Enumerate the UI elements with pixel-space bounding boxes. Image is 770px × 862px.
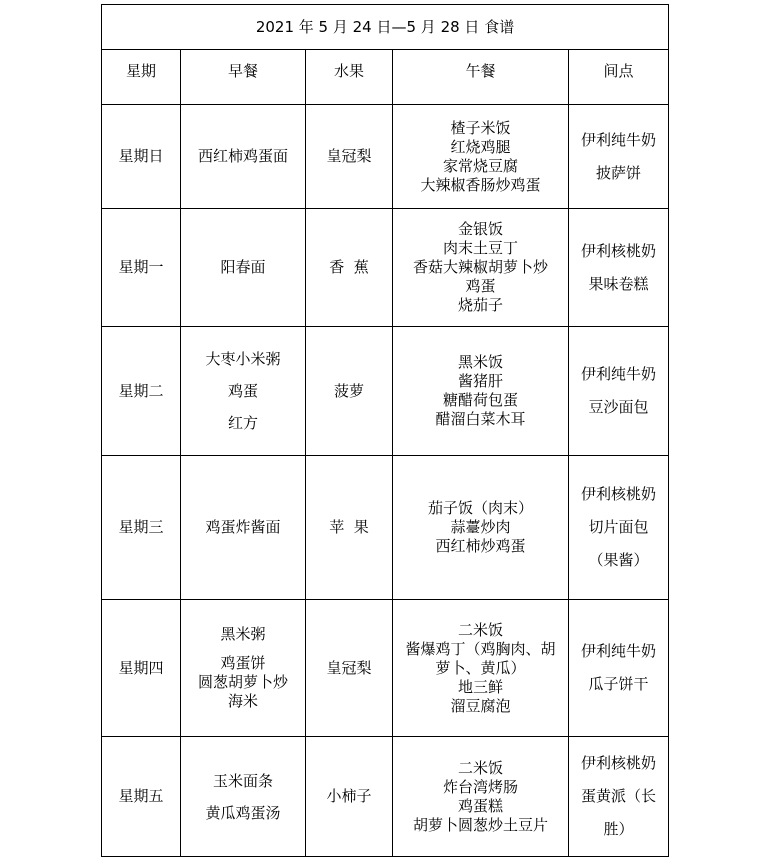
breakfast-item: 玉米面条	[181, 765, 305, 797]
lunch-item: 醋溜白菜木耳	[393, 410, 568, 429]
lunch-item: 糖醋荷包蛋	[393, 391, 568, 410]
snack-item: 伊利核桃奶	[569, 747, 668, 780]
day-cell: 星期五	[102, 737, 181, 857]
breakfast-item: 鸡蛋	[181, 375, 305, 407]
breakfast-item: 黄瓜鸡蛋汤	[181, 797, 305, 829]
day-cell: 星期一	[102, 209, 181, 327]
day-cell: 星期四	[102, 600, 181, 737]
lunch-item: 楂子米饭	[393, 119, 568, 138]
breakfast-item: 阳春面	[181, 258, 305, 277]
lunch-item: 炸台湾烤肠	[393, 778, 568, 797]
snack-item: 切片面包	[569, 511, 668, 544]
breakfast-item: 鸡蛋炸酱面	[181, 518, 305, 537]
snack-item: 蛋黄派（长	[569, 780, 668, 813]
snack-item: 瓜子饼干	[569, 668, 668, 701]
header-row: 星期 早餐 水果 午餐 间点	[102, 50, 669, 105]
table-row: 星期四 黑米粥 鸡蛋饼 圆葱胡萝卜炒 海米 皇冠梨 二米饭 酱爆鸡丁（鸡胸肉、胡…	[102, 600, 669, 737]
table-row: 星期二 大枣小米粥 鸡蛋 红方 菠萝 黑米饭 酱猪肝 糖醋荷包蛋 醋溜白菜木耳 …	[102, 327, 669, 456]
breakfast-cell: 鸡蛋炸酱面	[181, 456, 306, 600]
fruit-cell: 皇冠梨	[306, 105, 393, 209]
header-snack: 间点	[569, 50, 669, 105]
breakfast-cell: 西红柿鸡蛋面	[181, 105, 306, 209]
lunch-cell: 二米饭 炸台湾烤肠 鸡蛋糕 胡萝卜圆葱炒土豆片	[393, 737, 569, 857]
fruit-cell: 皇冠梨	[306, 600, 393, 737]
table-row: 星期日 西红柿鸡蛋面 皇冠梨 楂子米饭 红烧鸡腿 家常烧豆腐 大辣椒香肠炒鸡蛋 …	[102, 105, 669, 209]
lunch-cell: 二米饭 酱爆鸡丁（鸡胸肉、胡 萝卜、黄瓜） 地三鲜 溜豆腐泡	[393, 600, 569, 737]
snack-cell: 伊利纯牛奶 披萨饼	[569, 105, 669, 209]
day-cell: 星期日	[102, 105, 181, 209]
snack-item: 胜）	[569, 813, 668, 846]
snack-item: 果味卷糕	[569, 268, 668, 301]
menu-title: 2021 年 5 月 24 日—5 月 28 日 食谱	[102, 5, 669, 50]
lunch-item: 酱猪肝	[393, 372, 568, 391]
lunch-item: 二米饭	[393, 759, 568, 778]
lunch-item: 鸡蛋	[393, 277, 568, 296]
table-row: 星期一 阳春面 香 蕉 金银饭 肉末土豆丁 香菇大辣椒胡萝卜炒 鸡蛋 烧茄子 伊…	[102, 209, 669, 327]
fruit-cell: 菠萝	[306, 327, 393, 456]
snack-cell: 伊利纯牛奶 瓜子饼干	[569, 600, 669, 737]
lunch-item: 家常烧豆腐	[393, 157, 568, 176]
lunch-item: 香菇大辣椒胡萝卜炒	[393, 258, 568, 277]
lunch-item: 鸡蛋糕	[393, 797, 568, 816]
snack-item: 伊利核桃奶	[569, 478, 668, 511]
lunch-item: 肉末土豆丁	[393, 239, 568, 258]
snack-item: 伊利纯牛奶	[569, 635, 668, 668]
fruit-cell: 香 蕉	[306, 209, 393, 327]
breakfast-item: 圆葱胡萝卜炒	[181, 673, 305, 692]
snack-cell: 伊利核桃奶 蛋黄派（长 胜）	[569, 737, 669, 857]
snack-item: （果酱）	[569, 544, 668, 577]
lunch-item: 酱爆鸡丁（鸡胸肉、胡	[393, 640, 568, 659]
lunch-cell: 金银饭 肉末土豆丁 香菇大辣椒胡萝卜炒 鸡蛋 烧茄子	[393, 209, 569, 327]
lunch-item: 茄子饭（肉末）	[393, 499, 568, 518]
day-cell: 星期三	[102, 456, 181, 600]
lunch-item: 溜豆腐泡	[393, 697, 568, 716]
lunch-cell: 茄子饭（肉末） 蒜薹炒肉 西红柿炒鸡蛋	[393, 456, 569, 600]
breakfast-cell: 阳春面	[181, 209, 306, 327]
lunch-cell: 黑米饭 酱猪肝 糖醋荷包蛋 醋溜白菜木耳	[393, 327, 569, 456]
snack-item: 披萨饼	[569, 157, 668, 190]
breakfast-item: 大枣小米粥	[181, 343, 305, 375]
lunch-item: 大辣椒香肠炒鸡蛋	[393, 176, 568, 195]
snack-cell: 伊利核桃奶 果味卷糕	[569, 209, 669, 327]
lunch-item: 西红柿炒鸡蛋	[393, 537, 568, 556]
lunch-item: 黑米饭	[393, 353, 568, 372]
lunch-item: 二米饭	[393, 621, 568, 640]
snack-item: 伊利纯牛奶	[569, 358, 668, 391]
header-lunch: 午餐	[393, 50, 569, 105]
lunch-item: 蒜薹炒肉	[393, 518, 568, 537]
fruit-cell: 小柿子	[306, 737, 393, 857]
table-row: 星期三 鸡蛋炸酱面 苹 果 茄子饭（肉末） 蒜薹炒肉 西红柿炒鸡蛋 伊利核桃奶 …	[102, 456, 669, 600]
weekly-menu-table: 2021 年 5 月 24 日—5 月 28 日 食谱 星期 早餐 水果 午餐 …	[101, 4, 669, 857]
snack-item: 伊利纯牛奶	[569, 124, 668, 157]
snack-cell: 伊利核桃奶 切片面包 （果酱）	[569, 456, 669, 600]
lunch-item: 地三鲜	[393, 678, 568, 697]
header-day: 星期	[102, 50, 181, 105]
breakfast-cell: 黑米粥 鸡蛋饼 圆葱胡萝卜炒 海米	[181, 600, 306, 737]
lunch-item: 胡萝卜圆葱炒土豆片	[393, 816, 568, 835]
snack-item: 豆沙面包	[569, 391, 668, 424]
fruit-cell: 苹 果	[306, 456, 393, 600]
snack-item: 伊利核桃奶	[569, 235, 668, 268]
lunch-item: 红烧鸡腿	[393, 138, 568, 157]
breakfast-item: 西红柿鸡蛋面	[181, 147, 305, 166]
title-row: 2021 年 5 月 24 日—5 月 28 日 食谱	[102, 5, 669, 50]
breakfast-item: 黑米粥	[181, 625, 305, 644]
lunch-item: 烧茄子	[393, 296, 568, 315]
snack-cell: 伊利纯牛奶 豆沙面包	[569, 327, 669, 456]
breakfast-item: 红方	[181, 407, 305, 439]
table-row: 星期五 玉米面条 黄瓜鸡蛋汤 小柿子 二米饭 炸台湾烤肠 鸡蛋糕 胡萝卜圆葱炒土…	[102, 737, 669, 857]
lunch-item: 萝卜、黄瓜）	[393, 659, 568, 678]
lunch-cell: 楂子米饭 红烧鸡腿 家常烧豆腐 大辣椒香肠炒鸡蛋	[393, 105, 569, 209]
header-breakfast: 早餐	[181, 50, 306, 105]
day-cell: 星期二	[102, 327, 181, 456]
breakfast-item: 鸡蛋饼	[181, 654, 305, 673]
breakfast-cell: 玉米面条 黄瓜鸡蛋汤	[181, 737, 306, 857]
header-fruit: 水果	[306, 50, 393, 105]
lunch-item: 金银饭	[393, 220, 568, 239]
breakfast-item: 海米	[181, 692, 305, 711]
breakfast-cell: 大枣小米粥 鸡蛋 红方	[181, 327, 306, 456]
